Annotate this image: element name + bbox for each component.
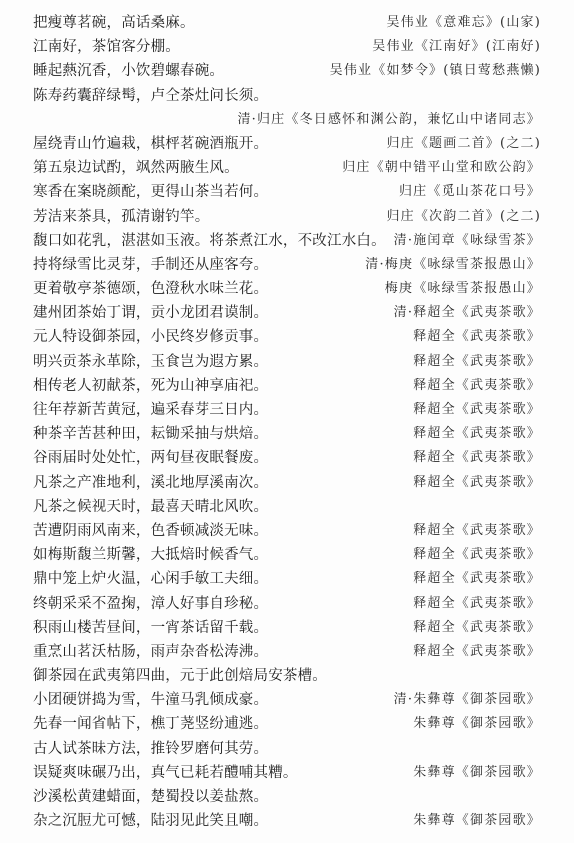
list-item: 把瘦尊茗碗，高话桑麻。 吴伟业《意难忘》(山家) xyxy=(33,11,541,35)
source-citation: 释超全《武夷茶歌》 xyxy=(413,398,541,422)
verse-text: 古人试茶昧方法，推铃罗磨何其劳。 xyxy=(33,737,268,761)
list-item: 苦遭阴雨风南来，色香顿减淡无味。 释超全《武夷茶歌》 xyxy=(33,519,541,543)
verse-text: 小团硬饼捣为雪，牛潼马乳倾成豪。 xyxy=(33,688,268,712)
verse-text: 凡茶之候视天时，最喜天晴北风吹。 xyxy=(33,495,268,519)
verse-text: 第五泉边试酌，飒然两腋生风。 xyxy=(33,156,239,180)
verse-text: 更着敬亭茶德颂，色澄秋水味兰花。 xyxy=(33,277,268,301)
verse-text: 御茶园在武夷第四曲，元于此创焙局安茶槽。 xyxy=(33,664,327,688)
list-item: 持将绿雪比灵芽，手制还从座客夸。 清·梅庚《咏绿雪茶报愚山》 xyxy=(33,253,541,277)
verse-text: 杂之沉脰尤可憾，陆羽见此笑且嘲。 xyxy=(33,809,268,833)
verse-list: 把瘦尊茗碗，高话桑麻。 吴伟业《意难忘》(山家) 江南好，茶馆客分棚。 吴伟业《… xyxy=(33,11,541,833)
list-item: 沙溪松黄建蜡面，楚蜀投以姜盐熬。 xyxy=(33,785,541,809)
verse-text: 沙溪松黄建蜡面，楚蜀投以姜盐熬。 xyxy=(33,785,268,809)
list-item: 积雨山楼苦昼间，一宵茶话留千载。 释超全《武夷茶歌》 xyxy=(33,616,541,640)
verse-text: 积雨山楼苦昼间，一宵茶话留千载。 xyxy=(33,616,268,640)
list-item: 凡茶之候视天时，最喜天晴北风吹。 xyxy=(33,495,541,519)
source-citation: 梅庚《咏绿雪茶报愚山》 xyxy=(385,277,541,301)
list-item: 睡起爇沉香，小饮碧螺春碗。 吴伟业《如梦令》(镇日莺愁燕懒) xyxy=(33,59,541,83)
verse-text: 终朝采采不盈掬，漳人好事自珍秘。 xyxy=(33,592,268,616)
list-item: 往年荐新苦黄冠，遍采春芽三日内。 释超全《武夷茶歌》 xyxy=(33,398,541,422)
source-citation: 归庄《朝中错平山堂和欧公韵》 xyxy=(342,156,541,180)
list-item: 种茶辛苦甚种田，耘锄采抽与烘焙。 释超全《武夷茶歌》 xyxy=(33,422,541,446)
verse-text: 建州团茶始丁谓，贡小龙团君谟制。 xyxy=(33,301,268,325)
verse-text: 先春一闻省帖下，樵丁荛竖纷逋逃。 xyxy=(33,712,268,736)
list-item: 建州团茶始丁谓，贡小龙团君谟制。 清·释超全《武夷茶歌》 xyxy=(33,301,541,325)
verse-text: 陈寿药囊辞绿髩，卢仝茶灶问长须。 xyxy=(33,84,268,108)
verse-text: 元人特设御茶园，小民终岁修贡事。 xyxy=(33,325,268,349)
list-item: 清·归庄《冬日感怀和渊公韵，兼忆山中诸同志》 xyxy=(33,108,541,132)
verse-text: 馥口如花乳，湛湛如玉液。将茶煮江水，不改江水白。 xyxy=(33,229,386,253)
list-item: 第五泉边试酌，飒然两腋生风。 归庄《朝中错平山堂和欧公韵》 xyxy=(33,156,541,180)
source-citation: 释超全《武夷茶歌》 xyxy=(413,471,541,495)
list-item: 明兴贡茶永革除，玉食岂为遐方累。 释超全《武夷茶歌》 xyxy=(33,350,541,374)
source-citation: 释超全《武夷茶歌》 xyxy=(413,422,541,446)
source-citation: 释超全《武夷茶歌》 xyxy=(413,325,541,349)
list-item: 终朝采采不盈掬，漳人好事自珍秘。 释超全《武夷茶歌》 xyxy=(33,592,541,616)
source-citation: 释超全《武夷茶歌》 xyxy=(413,446,541,470)
list-item: 杂之沉脰尤可憾，陆羽见此笑且嘲。 朱彝尊《御茶园歌》 xyxy=(33,809,541,833)
source-citation: 朱彝尊《御茶园歌》 xyxy=(413,712,541,736)
source-citation: 释超全《武夷茶歌》 xyxy=(413,519,541,543)
list-item: 元人特设御茶园，小民终岁修贡事。 释超全《武夷茶歌》 xyxy=(33,325,541,349)
document-page: 把瘦尊茗碗，高话桑麻。 吴伟业《意难忘》(山家) 江南好，茶馆客分棚。 吴伟业《… xyxy=(0,0,574,843)
list-item: 鼎中笼上炉火温，心闲手敏工夫细。 释超全《武夷茶歌》 xyxy=(33,567,541,591)
source-citation: 吴伟业《如梦令》(镇日莺愁燕懒) xyxy=(330,59,541,83)
list-item: 陈寿药囊辞绿髩，卢仝茶灶问长须。 xyxy=(33,84,541,108)
source-citation: 释超全《武夷茶歌》 xyxy=(413,592,541,616)
verse-text: 重烹山茗沃枯肠，雨声杂沓松涛沸。 xyxy=(33,640,268,664)
source-citation: 朱彝尊《御茶园歌》 xyxy=(413,809,541,833)
source-citation: 释超全《武夷茶歌》 xyxy=(413,374,541,398)
list-item: 古人试茶昧方法，推铃罗磨何其劳。 xyxy=(33,737,541,761)
source-citation: 释超全《武夷茶歌》 xyxy=(413,567,541,591)
source-citation: 释超全《武夷茶歌》 xyxy=(413,543,541,567)
verse-text: 睡起爇沉香，小饮碧螺春碗。 xyxy=(33,59,224,83)
source-citation: 清·朱彝尊《御茶园歌》 xyxy=(394,688,541,712)
source-citation: 释超全《武夷茶歌》 xyxy=(413,616,541,640)
source-citation: 清·梅庚《咏绿雪茶报愚山》 xyxy=(365,253,541,277)
list-item: 凡茶之产准地利，溪北地厚溪南次。 释超全《武夷茶歌》 xyxy=(33,471,541,495)
verse-text: 明兴贡茶永革除，玉食岂为遐方累。 xyxy=(33,350,268,374)
verse-text: 持将绿雪比灵芽，手制还从座客夸。 xyxy=(33,253,268,277)
verse-text: 把瘦尊茗碗，高话桑麻。 xyxy=(33,11,195,35)
source-citation: 朱彝尊《御茶园歌》 xyxy=(413,761,541,785)
source-citation: 清·归庄《冬日感怀和渊公韵，兼忆山中诸同志》 xyxy=(237,108,541,132)
list-item: 更着敬亭茶德颂，色澄秋水味兰花。 梅庚《咏绿雪茶报愚山》 xyxy=(33,277,541,301)
source-citation: 清·施闰章《咏绿雪茶》 xyxy=(394,229,541,253)
verse-text: 往年荐新苦黄冠，遍采春芽三日内。 xyxy=(33,398,268,422)
list-item: 芳洁来茶具，孤清谢钓竿。 归庄《次韵二首》(之二) xyxy=(33,205,541,229)
list-item: 御茶园在武夷第四曲，元于此创焙局安茶槽。 xyxy=(33,664,541,688)
verse-text: 凡茶之产准地利，溪北地厚溪南次。 xyxy=(33,471,268,495)
list-item: 小团硬饼捣为雪，牛潼马乳倾成豪。 清·朱彝尊《御茶园歌》 xyxy=(33,688,541,712)
verse-text: 苦遭阴雨风南来，色香顿减淡无味。 xyxy=(33,519,268,543)
list-item: 馥口如花乳，湛湛如玉液。将茶煮江水，不改江水白。 清·施闰章《咏绿雪茶》 xyxy=(33,229,541,253)
list-item: 如梅斯馥兰斯馨，大抵焙时候香气。 释超全《武夷茶歌》 xyxy=(33,543,541,567)
list-item: 误疑爽味碾乃出，真气已耗若醴哺其糟。 朱彝尊《御茶园歌》 xyxy=(33,761,541,785)
list-item: 先春一闻省帖下，樵丁荛竖纷逋逃。 朱彝尊《御茶园歌》 xyxy=(33,712,541,736)
list-item: 重烹山茗沃枯肠，雨声杂沓松涛沸。 释超全《武夷茶歌》 xyxy=(33,640,541,664)
verse-text: 种茶辛苦甚种田，耘锄采抽与烘焙。 xyxy=(33,422,268,446)
source-citation: 释超全《武夷茶歌》 xyxy=(413,640,541,664)
verse-text: 相传老人初献茶，死为山神享庙祀。 xyxy=(33,374,268,398)
source-citation: 归庄《觅山茶花口号》 xyxy=(399,180,541,204)
list-item: 相传老人初献茶，死为山神享庙祀。 释超全《武夷茶歌》 xyxy=(33,374,541,398)
source-citation: 释超全《武夷茶歌》 xyxy=(413,350,541,374)
list-item: 屋绕青山竹遍栽，棋枰茗碗酒瓶开。 归庄《题画二首》(之二) xyxy=(33,132,541,156)
verse-text: 如梅斯馥兰斯馨，大抵焙时候香气。 xyxy=(33,543,268,567)
verse-text: 鼎中笼上炉火温，心闲手敏工夫细。 xyxy=(33,567,268,591)
verse-text: 芳洁来茶具，孤清谢钓竿。 xyxy=(33,205,209,229)
list-item: 江南好，茶馆客分棚。 吴伟业《江南好》(江南好) xyxy=(33,35,541,59)
source-citation: 吴伟业《意难忘》(山家) xyxy=(386,11,541,35)
verse-text: 谷雨届时处处忙，两旬昼夜眠餐废。 xyxy=(33,446,268,470)
verse-text: 误疑爽味碾乃出，真气已耗若醴哺其糟。 xyxy=(33,761,298,785)
verse-text: 江南好，茶馆客分棚。 xyxy=(33,35,180,59)
source-citation: 归庄《题画二首》(之二) xyxy=(386,132,541,156)
list-item: 寒香在案晓颜酡，更得山茶当若何。 归庄《觅山茶花口号》 xyxy=(33,180,541,204)
verse-text: 寒香在案晓颜酡，更得山茶当若何。 xyxy=(33,180,268,204)
source-citation: 吴伟业《江南好》(江南好) xyxy=(372,35,541,59)
verse-text: 屋绕青山竹遍栽，棋枰茗碗酒瓶开。 xyxy=(33,132,268,156)
source-citation: 清·释超全《武夷茶歌》 xyxy=(394,301,541,325)
source-citation: 归庄《次韵二首》(之二) xyxy=(386,205,541,229)
list-item: 谷雨届时处处忙，两旬昼夜眠餐废。 释超全《武夷茶歌》 xyxy=(33,446,541,470)
